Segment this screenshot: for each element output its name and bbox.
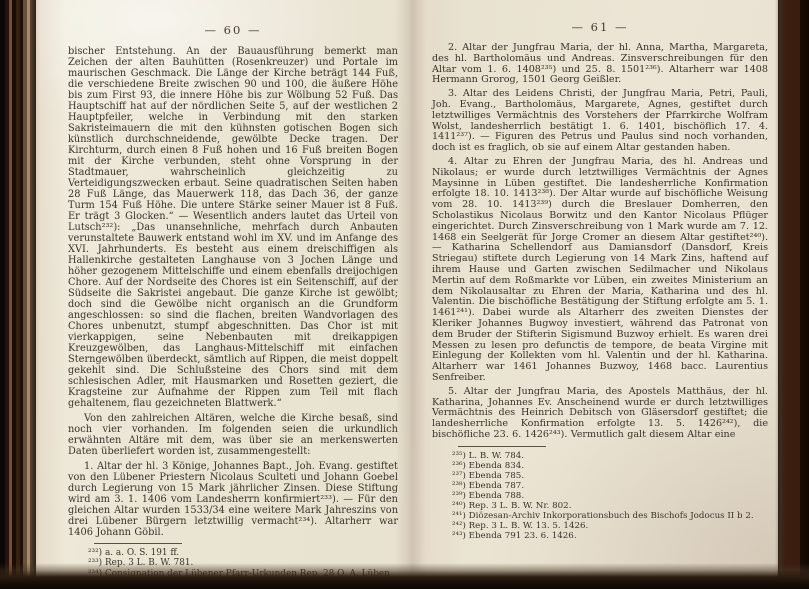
footnote-237: ²³⁷) Ebenda 785. [432, 471, 768, 481]
binding-edge [0, 0, 40, 589]
footnote-242: ²⁴²) Rep. 3 L. B. W. 13. 5. 1426. [432, 521, 768, 531]
footnotes-right: ²³⁵) L. B. W. 784. ²³⁶) Ebenda 834. ²³⁷)… [432, 451, 768, 542]
page-60: — 60 — bischer Entstehung. An der Bauaus… [68, 0, 398, 589]
footnote-243: ²⁴³) Ebenda 791 23. 6. 1426. [432, 531, 768, 541]
paragraph-altar-2: 2. Altar der Jungfrau Maria, der hl. Ann… [432, 43, 768, 86]
paragraph-altars-intro: Von den zahlreichen Altären, welche die … [68, 413, 398, 457]
page-edge-right [775, 0, 809, 589]
bottom-shadow [0, 563, 809, 589]
paragraph-altar-3: 3. Altar des Leidens Christi, der Jungfr… [432, 89, 768, 154]
gutter-shadow [396, 0, 426, 589]
footnote-separator [458, 446, 546, 447]
paragraph-altar-5: 5. Altar der Jungfrau Maria, des Apostel… [432, 387, 768, 441]
footnote-241: ²⁴¹) Diözesan-Archiv Inkorporationsbuch … [432, 511, 768, 521]
book-scan: — 60 — bischer Entstehung. An der Bauaus… [0, 0, 809, 589]
footnote-238: ²³⁸) Ebenda 787. [432, 481, 768, 491]
paragraph-altar-4: 4. Altar zu Ehren der Jungfrau Maria, de… [432, 157, 768, 384]
footnote-239: ²³⁹) Ebenda 788. [432, 491, 768, 501]
page-number-right: — 61 — [432, 0, 768, 34]
footnote-240: ²⁴⁰) Rep. 3 L. B. W. Nr. 802. [432, 501, 768, 511]
page-number-left: — 60 — [68, 0, 398, 37]
page-61: — 61 — 2. Altar der Jungfrau Maria, der … [432, 0, 768, 542]
paragraph-church-description: bischer Entstehung. An der Bauausführung… [68, 46, 398, 409]
footnote-232: ²³²) a. a. O. S. 191 ff. [68, 548, 398, 558]
paragraph-altar-1: 1. Altar der hl. 3 Könige, Johannes Bapt… [68, 461, 398, 538]
footnote-separator [94, 543, 182, 544]
footnote-236: ²³⁶) Ebenda 834. [432, 461, 768, 471]
footnote-235: ²³⁵) L. B. W. 784. [432, 451, 768, 461]
